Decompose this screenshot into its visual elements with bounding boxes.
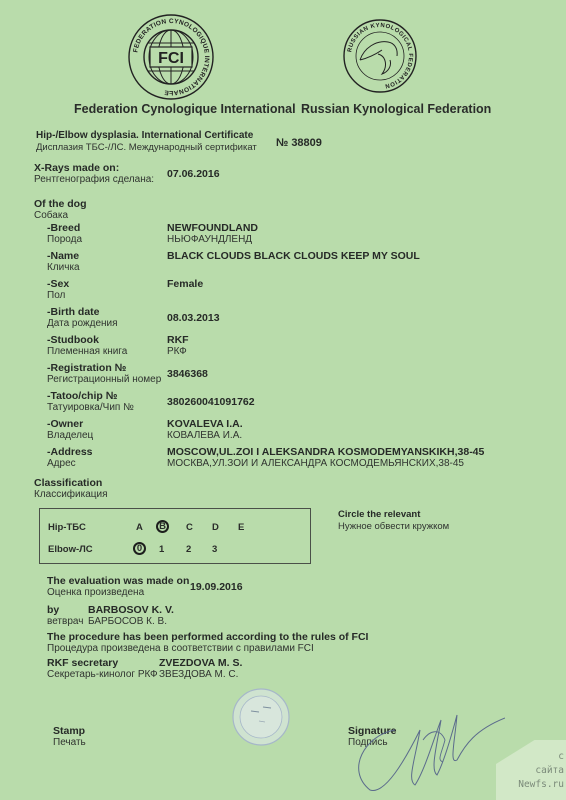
certificate-number: № 38809 bbox=[276, 137, 322, 149]
field-value: 380260041091762 bbox=[167, 396, 255, 408]
stamp-label: Stamp Печать bbox=[53, 725, 86, 749]
elbow-grade-2[interactable]: 2 bbox=[186, 544, 191, 555]
field-label: -Registration №Регистрационный номер bbox=[47, 362, 161, 386]
field-value: BLACK CLOUDS BLACK CLOUDS KEEP MY SOUL bbox=[167, 250, 420, 262]
field-value: MOSCOW,UL.ZOI I ALEKSANDRA KOSMODEMYANSK… bbox=[167, 446, 484, 470]
hip-grade-b[interactable]: B bbox=[156, 520, 169, 533]
watermark-line3: Newfs.ru bbox=[518, 779, 564, 790]
classification-label: Classification Классификация bbox=[34, 477, 108, 501]
hip-grade-d[interactable]: D bbox=[212, 522, 219, 533]
rkf-stamp-seal bbox=[231, 687, 291, 747]
field-label: -Tatoo/chip №Татуировка/Чип № bbox=[47, 390, 134, 414]
elbow-grade-3[interactable]: 3 bbox=[212, 544, 217, 555]
field-value: NEWFOUNDLANDНЬЮФАУНДЛЕНД bbox=[167, 222, 258, 246]
field-label: -AddressАдрес bbox=[47, 446, 93, 470]
field-label: -OwnerВладелец bbox=[47, 418, 93, 442]
dog-section-label: Of the dog Собака bbox=[34, 198, 87, 222]
elbow-grade-1[interactable]: 1 bbox=[159, 544, 164, 555]
field-value: Female bbox=[167, 278, 203, 290]
field-value: 08.03.2013 bbox=[167, 312, 220, 324]
circle-note: Circle the relevant Нужное обвести кружк… bbox=[338, 509, 449, 533]
vet-by-label: by ветврач bbox=[47, 604, 83, 628]
svg-text:=: = bbox=[169, 90, 173, 97]
evaluation-label: The evaluation was made on Оценка произв… bbox=[47, 575, 189, 599]
signature-scribble bbox=[345, 700, 505, 800]
watermark-line2: сайта bbox=[535, 765, 564, 776]
rkf-logo: RUSSIAN KYNOLOGICAL FEDERATION bbox=[342, 18, 418, 94]
hip-grade-e[interactable]: E bbox=[238, 522, 244, 533]
fci-logo: FCI FEDERATION CYNOLOGIQUE INTERNATIONAL… bbox=[126, 12, 216, 102]
elbow-label: Elbow-ЛС bbox=[48, 544, 93, 555]
fci-name: Federation Cynologique International bbox=[74, 102, 296, 116]
field-value: KOVALEVA I.A.КОВАЛЕВА И.А. bbox=[167, 418, 243, 442]
field-label: -Birth dateДата рождения bbox=[47, 306, 118, 330]
field-label: -NameКличка bbox=[47, 250, 80, 274]
field-label: -StudbookПлеменная книга bbox=[47, 334, 127, 358]
field-value: RKFРКФ bbox=[167, 334, 189, 358]
field-label: -SexПол bbox=[47, 278, 69, 302]
grade-box: Hip-ТБС Elbow-ЛС ABCDE 0123 bbox=[39, 508, 311, 564]
xray-label: X-Rays made on: Рентгенография сделана: bbox=[34, 162, 154, 186]
secretary-label: RKF secretary Секретарь-кинолог РКФ bbox=[47, 657, 158, 681]
elbow-grade-0[interactable]: 0 bbox=[133, 542, 146, 555]
certificate-title: Hip-/Elbow dysplasia. International Cert… bbox=[36, 130, 257, 154]
secretary-name: ZVEZDOVA M. S. ЗВЕЗДОВА М. С. bbox=[159, 657, 242, 681]
svg-text:FCI: FCI bbox=[158, 50, 184, 67]
field-value: 3846368 bbox=[167, 368, 208, 380]
watermark-line1: с bbox=[558, 751, 564, 762]
rkf-name: Russian Kynological Federation bbox=[301, 102, 491, 116]
hip-label: Hip-ТБС bbox=[48, 522, 86, 533]
hip-grade-c[interactable]: C bbox=[186, 522, 193, 533]
vet-name: BARBOSOV K. V. БАРБОСОВ К. В. bbox=[88, 604, 174, 628]
xray-date: 07.06.2016 bbox=[167, 168, 220, 180]
hip-grade-a[interactable]: A bbox=[136, 522, 143, 533]
evaluation-date: 19.09.2016 bbox=[190, 581, 243, 593]
field-label: -BreedПорода bbox=[47, 222, 82, 246]
svg-text:RUSSIAN KYNOLOGICAL FEDERATION: RUSSIAN KYNOLOGICAL FEDERATION bbox=[347, 23, 413, 89]
procedure-text: The procedure has been performed accordi… bbox=[47, 631, 368, 655]
